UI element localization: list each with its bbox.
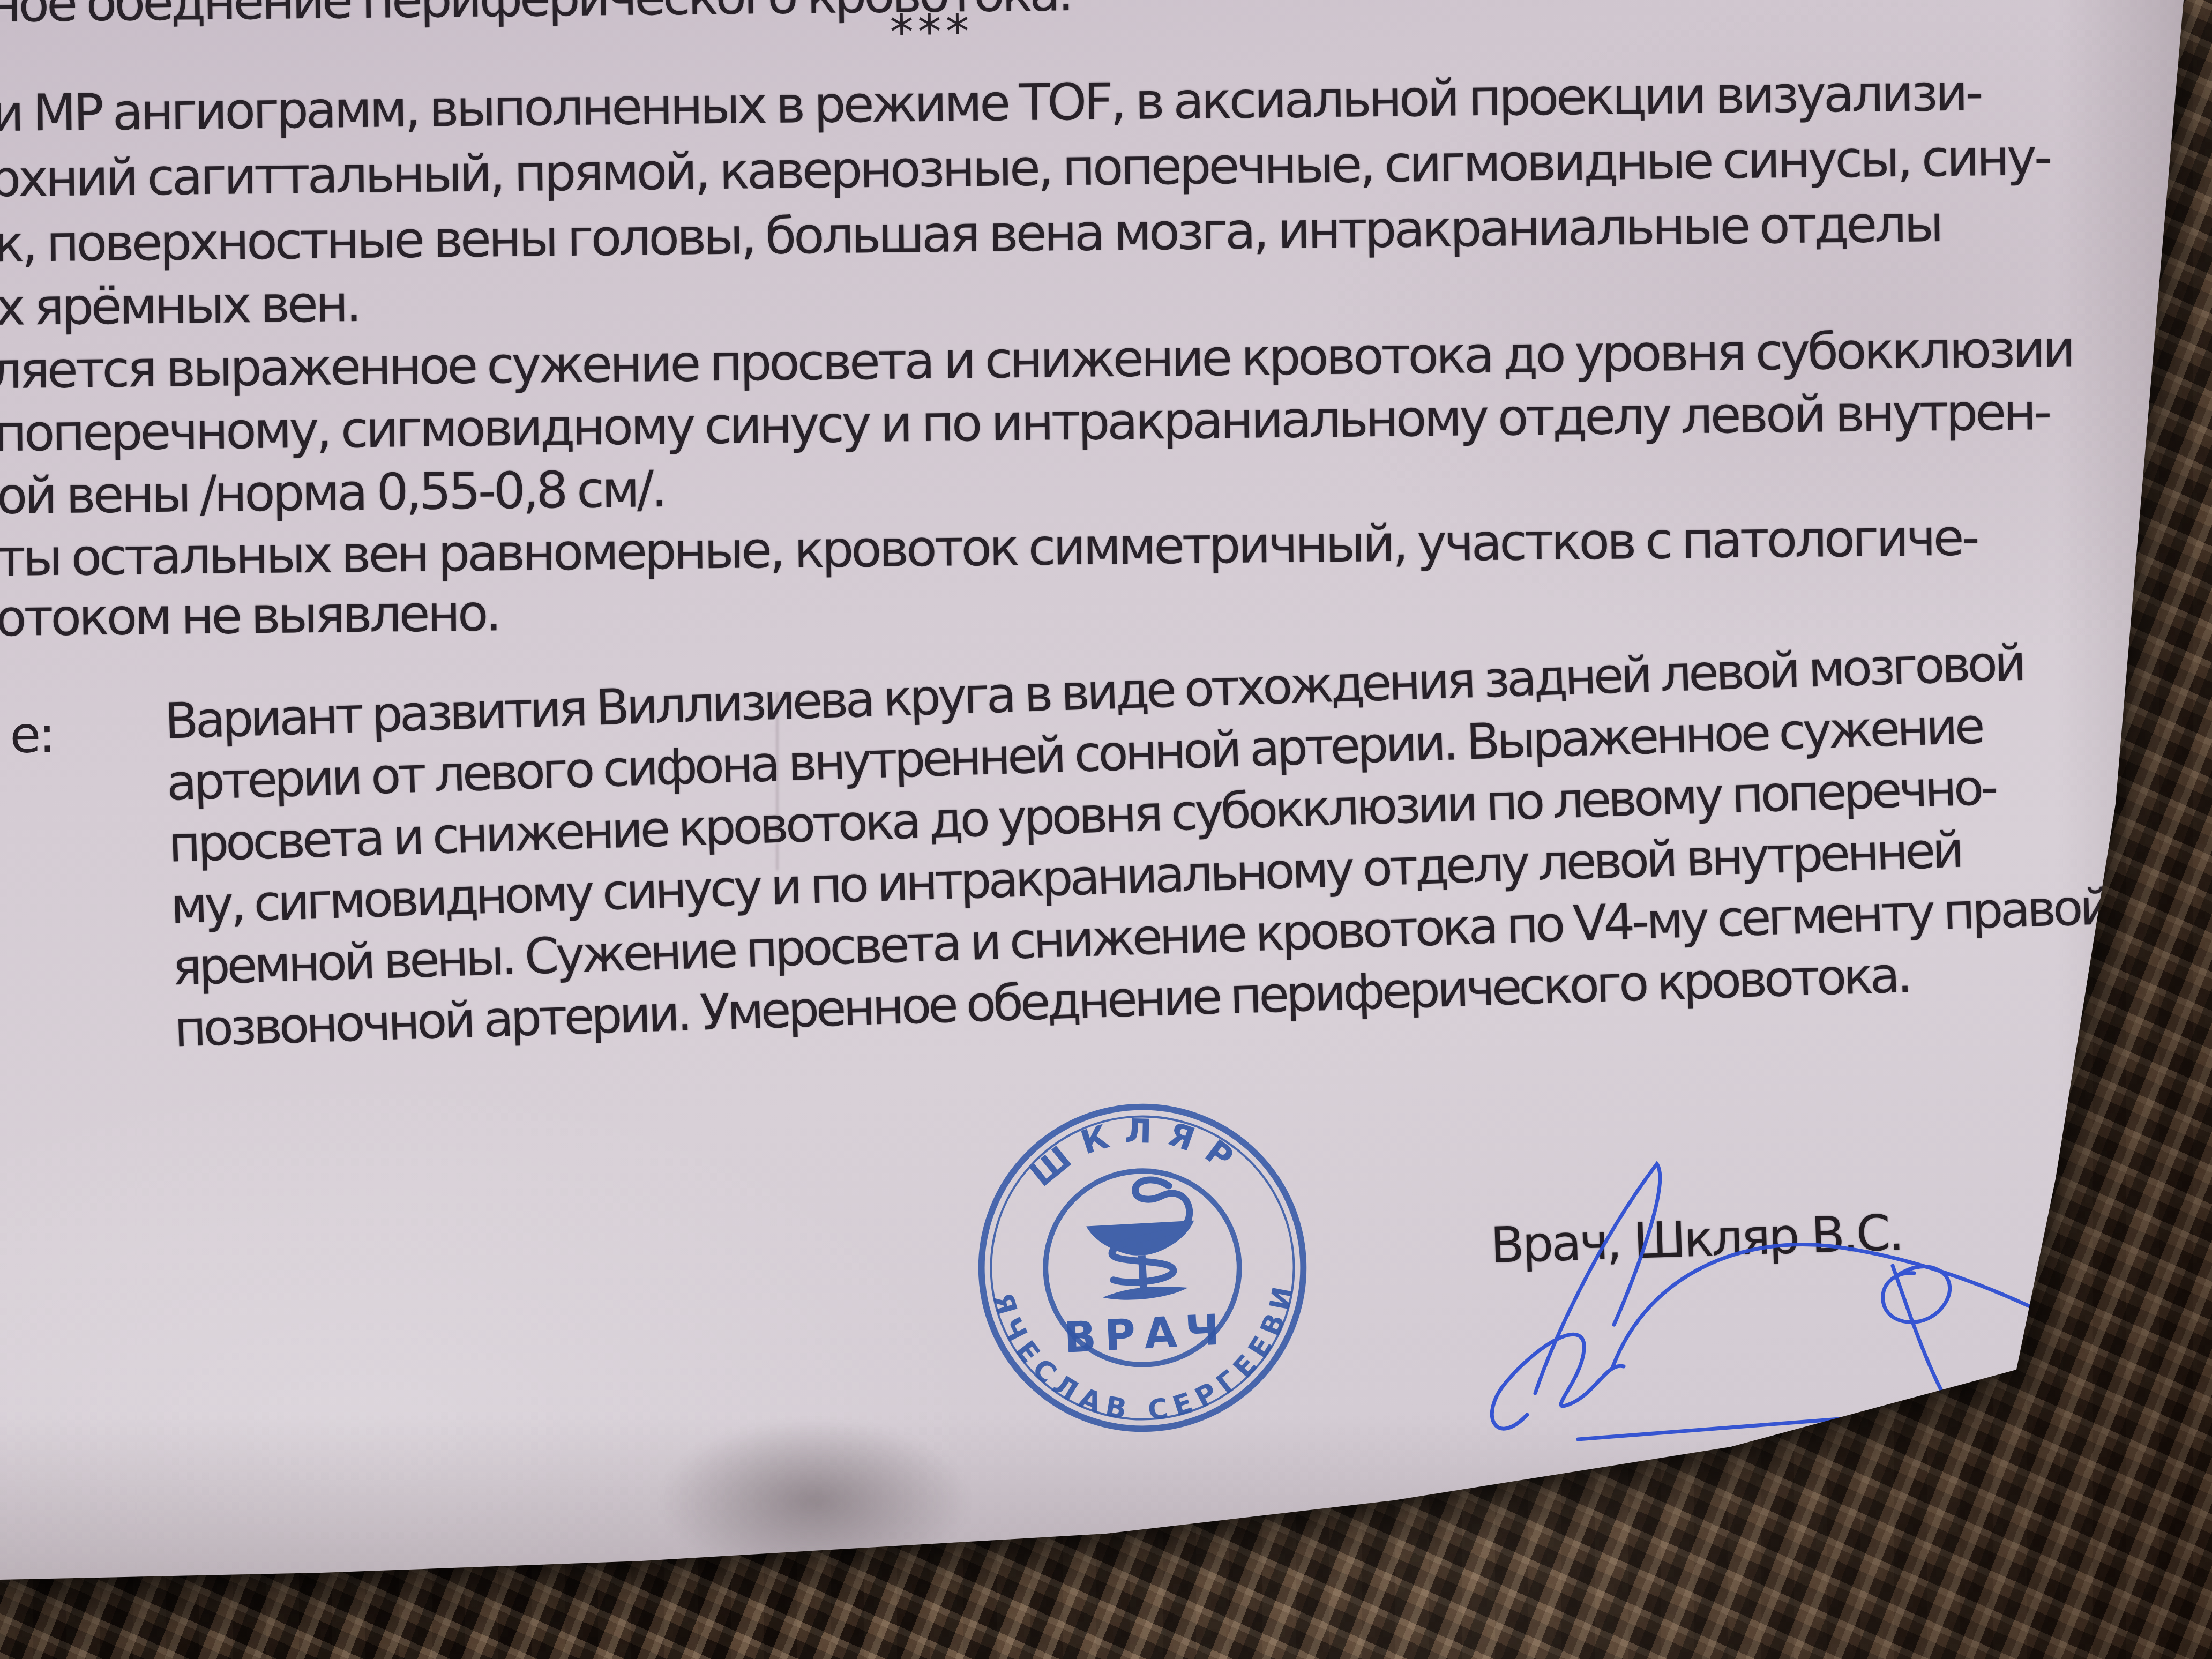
conclusion-label-fragment: е: [10,706,54,765]
photo-of-medical-report: { "document": { "top_partial_line": "ное… [0,0,2212,1659]
body-line: к, поверхностные вены головы, большая ве… [0,195,1941,274]
body-line: отоком не выявлено. [0,584,499,648]
handwritten-signature [1447,1115,2212,1479]
conclusion-paragraph: Вариант развития Виллизиева круга в виде… [164,630,2112,1060]
body-line: х ярёмных вен. [0,275,360,337]
stamp-center-text: ВРАЧ [1063,1305,1229,1363]
body-line: ой вены /норма 0,55-0,8 см/. [0,460,665,526]
paper-sheet: ное обеднение периферического кровотока.… [0,0,2212,1659]
section-separator: *** [890,4,974,60]
doctor-round-stamp: ШКЛЯР ВЯЧЕСЛАВ СЕРГЕЕВИЧ ВРАЧ [959,1084,1326,1451]
body-line: и МР ангиограмм, выполненных в режиме TO… [0,64,1981,143]
body-line: рхний сагиттальный, прямой, кавернозные,… [0,129,2050,208]
paper-sheet-wrapper: ное обеднение периферического кровотока.… [0,0,2212,1659]
bowl-of-hygieia-icon [1084,1178,1198,1302]
